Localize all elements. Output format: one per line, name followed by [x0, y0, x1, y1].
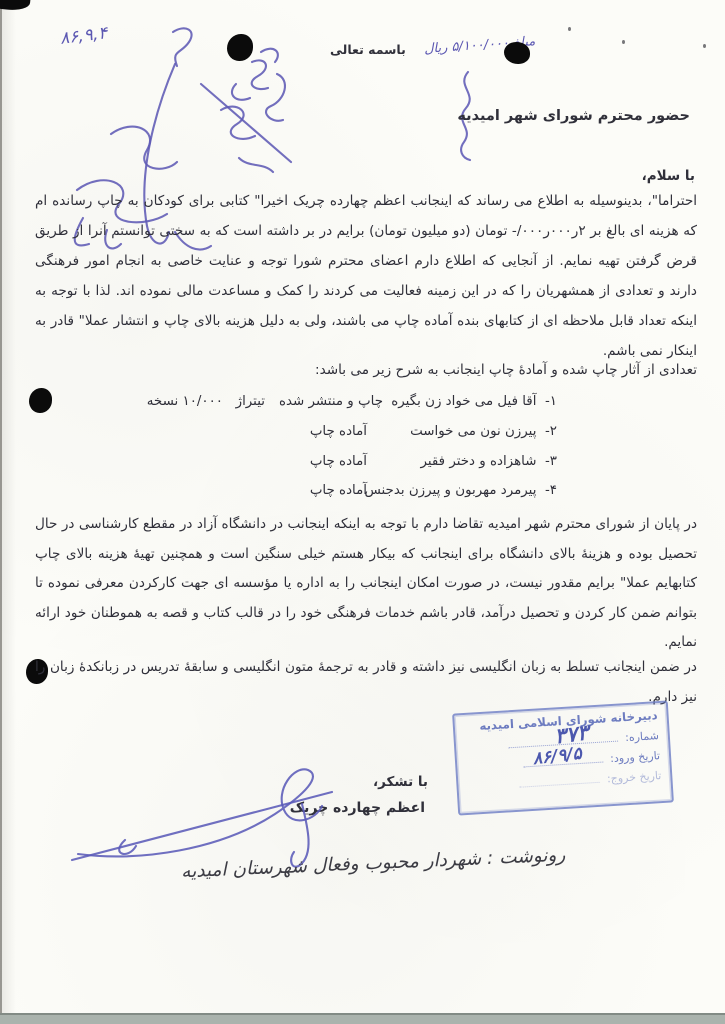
work-row-3: ۳- شاهزاده و دختر فقیر آماده چاپ [35, 454, 697, 476]
work-status: آماده چاپ [310, 424, 367, 439]
tiraj-value: ۱۰/۰۰۰ نسخه [147, 394, 223, 409]
work-number: ۱- [545, 394, 557, 409]
stamp-date-in-value: ۸۶/۹/۵ [532, 744, 583, 769]
work-status: آماده چاپ [310, 483, 367, 498]
besmele-header: باسمه تعالی [330, 42, 406, 57]
works-list: ۱- آقا فیل می خواد زن بگیره چاپ و منتشر … [35, 392, 697, 514]
work-title: ۲- پیرزن نون می خواست [410, 424, 557, 439]
work-title: ۴- پیرمرد مهربون و پیرزن بدجنس [364, 483, 557, 498]
work-row-2: ۲- پیرزن نون می خواست آماده چاپ [35, 424, 697, 446]
work-title-text: آقا فیل می خواد زن بگیره [391, 394, 536, 409]
scan-left-edge [0, 0, 2, 1024]
work-title-text: پیرزن نون می خواست [410, 424, 536, 439]
closing-thanks: با تشکر، [373, 774, 428, 790]
paragraph-1: احتراما"، بدینوسیله به اطلاع می رساند که… [35, 186, 697, 366]
work-number: ۳- [545, 454, 557, 469]
dotted-line [519, 773, 599, 788]
work-number: ۴- [545, 483, 557, 498]
stamp-date-out-label: تاریخ خروج: [607, 769, 662, 785]
stamp-number-label: شماره: [625, 729, 659, 744]
paper-speck [622, 40, 625, 44]
ink-blot-over-amount [504, 42, 530, 64]
work-title-text: پیرمرد مهربون و پیرزن بدجنس [364, 483, 536, 498]
work-row-1: ۱- آقا فیل می خواد زن بگیره چاپ و منتشر … [35, 394, 697, 416]
stamp-date-out-row: تاریخ خروج: [467, 769, 661, 794]
work-number: ۲- [545, 424, 557, 439]
works-list-intro: تعدادی از آثار چاپ شده و آمادهٔ چاپ اینج… [315, 362, 697, 378]
work-title-text: شاهزاده و دختر فقیر [420, 454, 536, 469]
salutation: با سلام، [642, 168, 695, 184]
work-status: چاپ و منتشر شده [279, 394, 383, 409]
paragraph-3: در ضمن اینجانب تسلط به زبان انگلیسی نیز … [35, 653, 697, 712]
paper-speck [568, 27, 571, 31]
scanned-letter-page: ۸۶,۹,۴ باسمه تعالی مبلغ ۵/۱۰۰/۰۰۰ ریال ح… [0, 0, 725, 1024]
work-status: آماده چاپ [310, 454, 367, 469]
work-title: ۱- آقا فیل می خواد زن بگیره [391, 394, 557, 409]
work-title: ۳- شاهزاده و دختر فقیر [420, 454, 557, 469]
secretariat-stamp: دبیرخانه شورای اسلامی امیدیه شماره: ۳۷۳ … [452, 701, 674, 816]
paper-speck [703, 44, 706, 48]
scan-left-shading [0, 0, 16, 1024]
ink-blot [227, 34, 253, 61]
scan-bottom-edge [0, 1013, 725, 1024]
ink-curls-center [222, 56, 277, 106]
stamp-date-in-label: تاریخ ورود: [610, 749, 661, 765]
letter-heading: حضور محترم شورای شهر امیدیه [457, 108, 690, 124]
work-row-4: ۴- پیرمرد مهربون و پیرزن بدجنس آماده چاپ [35, 483, 697, 505]
tiraj-label: تیتراژ [236, 394, 265, 409]
paragraph-2: در پایان از شورای محترم شهر امیدیه تقاضا… [35, 510, 697, 658]
